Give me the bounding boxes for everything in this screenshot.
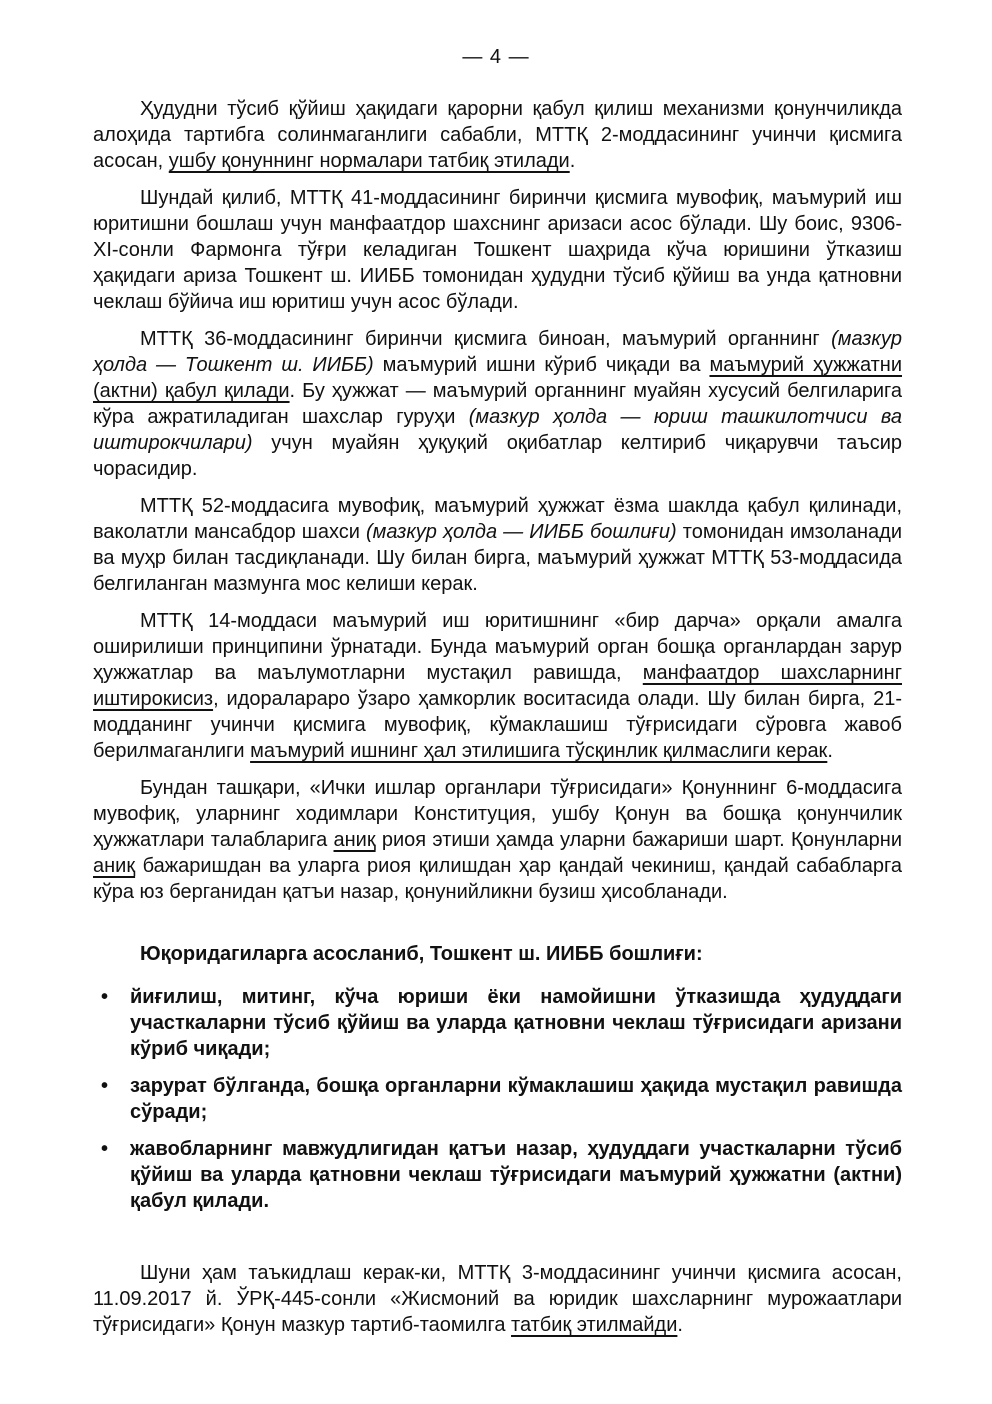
text-segment: ушбу қонуннинг нормалари татбиқ этилади (169, 150, 570, 172)
bullet-item: •жавобларнинг мавжудлигидан қатъи назар,… (93, 1136, 902, 1214)
bullet-icon: • (101, 1073, 108, 1099)
document-body: Ҳудудни тўсиб қўйиш ҳақидаги қарорни қаб… (93, 96, 902, 1338)
text-segment: Юқоридагиларга асосланиб, Тошкент ш. ИИБ… (140, 943, 703, 965)
text-segment: риоя этиши ҳамда уларни бажариши шарт. Қ… (376, 829, 902, 851)
text-segment: жавобларнинг мавжудлигидан қатъи назар, … (130, 1138, 902, 1212)
paragraph: Ҳудудни тўсиб қўйиш ҳақидаги қарорни қаб… (93, 96, 902, 174)
text-segment: Шуни ҳам таъкидлаш керак-ки, МТТҚ 3-модд… (93, 1262, 902, 1336)
text-segment: . (570, 150, 576, 172)
bullet-icon: • (101, 1136, 108, 1162)
text-segment: татбиқ этилмайди (511, 1314, 677, 1336)
section-heading: Юқоридагиларга асосланиб, Тошкент ш. ИИБ… (93, 941, 902, 967)
bullet-icon: • (101, 984, 108, 1010)
text-segment: Шундай қилиб, МТТҚ 41-моддасининг биринч… (93, 187, 902, 313)
paragraph: МТТҚ 36-моддасининг биринчи қисмига бино… (93, 326, 902, 482)
text-segment: аниқ (93, 855, 135, 877)
text-segment: МТТҚ 36-моддасининг биринчи қисмига бино… (140, 328, 831, 350)
paragraph: МТТҚ 52-моддасига мувофиқ, маъмурий ҳужж… (93, 493, 902, 597)
text-segment: . (677, 1314, 683, 1336)
text-segment: маъмурий ишнинг ҳал этилишига тўсқинлик … (250, 740, 827, 762)
paragraph: Бундан ташқари, «Ички ишлар органлари тў… (93, 775, 902, 905)
text-segment: бажаришдан ва уларга риоя қилишдан ҳар қ… (93, 855, 902, 903)
paragraph: Шуни ҳам таъкидлаш керак-ки, МТТҚ 3-модд… (93, 1260, 902, 1338)
text-segment: (мазкур ҳолда — ИИББ бошлиғи) (366, 521, 677, 543)
document-page: — 4 — Ҳудудни тўсиб қўйиш ҳақидаги қарор… (0, 0, 992, 1404)
page-number: — 4 — (0, 44, 992, 70)
text-segment: аниқ (334, 829, 376, 851)
text-segment: зарурат бўлганда, бошқа органларни кўмак… (130, 1075, 902, 1123)
paragraph: Шундай қилиб, МТТҚ 41-моддасининг биринч… (93, 185, 902, 315)
text-segment: йиғилиш, митинг, кўча юриши ёки намойишн… (130, 986, 902, 1060)
bullet-item: •зарурат бўлганда, бошқа органларни кўма… (93, 1073, 902, 1125)
text-segment: . (827, 740, 833, 762)
paragraph: МТТҚ 14-моддаси маъмурий иш юритишнинг «… (93, 608, 902, 764)
bullet-item: •йиғилиш, митинг, кўча юриши ёки намойиш… (93, 984, 902, 1062)
text-segment: маъмурий ишни кўриб чиқади ва (374, 354, 710, 376)
